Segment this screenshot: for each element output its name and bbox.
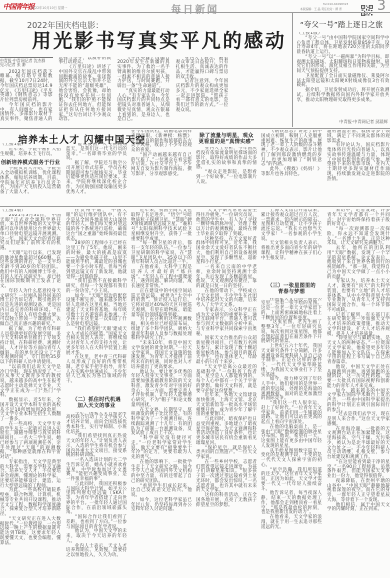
paragraph: 他们相信，属于中国天文学的闪耀时刻，正在到来。 [327, 504, 390, 514]
paragraph: 卫星配置了全日面矢量磁像仪、莱曼阿尔法太阳望远镜和太阳硬X射线成像仪3台有效载荷… [297, 75, 390, 89]
paragraph: 记者了解到，有关部门正在研究制定进一步加强天文学人才培养的政策措施，推动天文学科… [327, 314, 390, 338]
paragraph: 在贵州平塘，“中国天眼”的运行维护团队中，有不少是从全国各地来到大山深处的年轻人… [66, 209, 127, 242]
lead-byline: 中青报·中青网记者 沈杰群 见习记者 张 渺 [0, 57, 53, 69]
paragraph: “真实的力量最能打动人心。”有专家认为，今年国庆档影片的共同特点是把镜头对准普通… [117, 90, 170, 123]
paragraph: 这样的科普活动，正在全国各地开展，点亮了无数孩子仰望星空的梦想。 [196, 494, 257, 508]
column-text: 采访中，记者发现，许多青年天文学者都有一个共同点：对宇宙始终保持着孩子般的好奇心… [327, 209, 390, 575]
paragraph: 《万里归途》讲述了中国外交官在战乱中带领同胞撤离的故事。张译饰演的外交官宗大伟并… [59, 66, 112, 123]
paragraph: 近年来，各地天文馆建设加快推进，上海天文馆、北京天文馆新馆等一批高水平场馆相继开… [196, 394, 257, 418]
paragraph: 在这里，老中青三代科研人员形成了良好的传帮带机制。老专家手把手指导，青年人在实践… [66, 356, 127, 385]
column: 除了流量与明星，观众 更看重的是“真情实感” 业内人士分析，今年国庆档没有依靠流… [196, 130, 257, 205]
sidebar-title: “夸父一号”踏上逐日之旅 [293, 20, 390, 30]
paragraph: “每一次观测都是一次探险，你永远不知道会发现什么。”一名博士生说，正是这种未知，… [327, 228, 390, 247]
subheading: 创新培养模式服务于行业 [0, 160, 61, 166]
paragraph: “我们这一代人很幸运，赶上了好时代。”一位青年天文学家说，前辈们用一生铺就的道路… [261, 402, 322, 426]
paragraph: “仰望星空与脚踏实地，是天文人的两种姿态。”一位资深天文学家说，他希望更多年轻人… [327, 337, 390, 366]
paragraph: “夸父一号”以“一磁两暴”为科学目标，即观测太阳磁场、太阳耀斑和日冕物质抛射，研… [297, 56, 390, 75]
paragraph: 记者注意到，今年国庆档影片的观众构成更加多元，不少家庭选择全家一起走进影院。“带… [176, 80, 229, 113]
paragraph: 国家天文台推出的公众超新星搜寻项目，已有数万名网友参与，累计发现了数十颗超新星候… [196, 337, 257, 366]
column: （上接1版） 2021年3月31日，“中国天眼”正式对全球科学界开放，来自世界各… [0, 209, 61, 575]
column-text: 在贵州平塘，“中国天眼”的运行维护团队中，有不少是从全国各地来到大山深处的年轻人… [66, 209, 127, 394]
paragraph: 此外，《搜救》《妈妈！》等影片也各具特色。 [261, 168, 322, 178]
paragraph: 如今，接力棒交到了年轻人手中。他们使用的是世界一流的望远镜，处理的是海量的观测数… [261, 378, 322, 402]
paragraph: “过去是我们去学习，现在是别人来合作。”这位天文学家感慨。 [327, 413, 390, 427]
lead-body: 中青报·中青网记者 沈杰群 见习记者 张 渺 2022年国庆档落下帷幕。据灯塔专… [0, 57, 287, 128]
paragraph: “我们希望把‘天眼’建成天文人才成长的摇篮。”国家天文台相关负责人表示，将继续加… [66, 328, 127, 357]
newspaper-logo: 中国青年报 [3, 2, 34, 12]
paragraph: “观众走进影院，是想看到一个好故事。”一位电影制片人说。 [196, 171, 257, 185]
column-text: 业内人士分析，今年国庆档没有依靠流量明星撑场面的影片，取得好成绩的作品大多凭借扎… [196, 147, 257, 205]
paragraph: “每一颗卫星的背后，都有一支年轻的队伍。”一位参与卫星研制的科学家说，在“慧眼”… [131, 242, 192, 266]
paragraph: “天文学研究常常需要坐得住冷板凳。”一位研究员说，他带的学生中，有人为了寻找一颗… [196, 209, 257, 238]
paragraph: 正在建设中的中国空间站巡天望远镜，被誉为“太空中的哈勃”。预计投入运行后，它将对… [131, 290, 192, 319]
contact-info: Tel:010-64098323 [323, 2, 348, 6]
paragraph: 数据显示，近5年来，全国开设天文学本科专业的高校从不足10所增加到20余所，天文… [0, 399, 61, 423]
paragraph: 上海天文馆自开馆以来，累计接待观众超过百万人次，一票难求。馆内展示的陨石、星图和… [261, 209, 322, 242]
paragraph: 学院负责人介绍，学院引入全动模拟机训练，优化课程体系，缩短培养周期。目前，学院每… [0, 167, 61, 196]
column: “天文学研究常常需要坐得住冷板凳。”一位研究员说，他带的学生中，有人为了寻找一颗… [196, 209, 257, 575]
paragraph: 在他的电脑桌面上，是一张由“天眼”数据绘制的脉冲星分布图。他说，希望有一天，这张… [261, 426, 322, 450]
column-text: 近年来，学院不断扩大招生规模，培养本土飞行员。 [0, 148, 61, 158]
column-text: 在国家天文台的一间办公室里，挂着一张手绘的星图。这是一位老一辈天文学家留下的，上… [261, 298, 322, 575]
paragraph: “天眼”运行以来，已发现的脉冲星数量超过660颗。在这些发现的背后，是一支平均年… [0, 252, 61, 290]
section-divider [0, 206, 390, 207]
paragraph: “能驾驶国产大飞机翱翔蓝天，是我们这一代飞行员的荣幸。”一名即将毕业的学员说。 [66, 143, 127, 162]
paragraph: 专家认为，培养本土天文人才，既要有“顶天”的大科学装置，也要有“立地”的人才培养… [327, 280, 390, 313]
column-text: 《钢铁意志》讲述了新中国成立初期，鞍钢工人克服重重困难、恢复生产的故事，展现了老… [261, 130, 322, 205]
paragraph: 他说，中国天文学正处在从跟跑到并跑、再到领跑的关键阶段，这一历史性跨越，需要一大… [327, 366, 390, 390]
paragraph: 在一些高校，天文学专业的学生从大一起就可以进入实验室，跟随导师参与真实的科研项目… [0, 423, 61, 461]
paragraph: 在一些乡村学校，志愿者们带着望远镜走进课堂，为孩子们讲解星座知识。“很多孩子第一… [196, 461, 257, 494]
paragraph: 2022年国庆档落下帷幕。据灯塔专业版数据，截至10月7日24时，今年国庆档总票… [0, 71, 53, 104]
editor-info: 本版编辑：王 晶 责任校对：柳 青 [300, 7, 342, 11]
sidebar-body: （上接1版） “夸父一号”由中国科学院国家空间科学中心负责工程总体，卫星发射质量… [297, 32, 390, 118]
paragraph: “在这里能看到最干净的星空。”一名90后工程师说，虽然条件艰苦，但能为国家天文事… [327, 461, 390, 480]
paragraph: 专家指出，天文学是典型的大科学，需要多学科交叉融合。培养天文人才，不仅要培养会观… [0, 461, 61, 490]
lead-headline: 用光影书写真实平凡的感动 [32, 31, 286, 52]
paragraph: 近年来，学院不断扩大招生规模，培养本土飞行员。 [0, 148, 61, 158]
paragraph: “天文学是离公众最近的基础科学。”一位科普工作者说，星空是人人都能看到的，每个人… [196, 366, 257, 395]
paragraph: 这种坚持，在天文爱好者群体中同样可见。近年来，我国业余天文爱好者队伍不断壮大，他… [196, 238, 257, 267]
paragraph: 如今，越来越多的中国天文学家在国际学术舞台上发出声音，一些由中国科学家提出的科学… [327, 390, 390, 414]
column-text: 今年，国家天文台和多所高校联合启动了天文学拔尖人才培养计划，面向全国选拔优秀本科… [66, 412, 127, 575]
paragraph: 与此同时，我国还积极参与国际大科学计划，如平方公里阵列射电望远镜（SKA）等，为… [66, 483, 127, 516]
paragraph: 在青海冷湖，一批新的天文观测台站正在加紧建设。这里海拔高、空气干燥、光污染少，被… [327, 428, 390, 461]
paragraph: 夜幕降临，在贵州平塘的山谷中，“中国天眼”静静地凝视着深邃的夜空。而在它的身旁，… [327, 480, 390, 504]
paragraph: 业内人士表示，天文人才培养周期长、见效慢，需要持之以恒地投入，久久为功。 [66, 545, 127, 559]
paragraph: “星空浩瀚，我们所知道的还太少。”这位青年天文学家说，正因为如此，天文学才需要一… [261, 469, 322, 493]
sidebar-byline: 中青报·中青网记者 邱晨辉 [339, 119, 388, 125]
paragraph: “未来10年，将是中国天文学发展的黄金时期。”一位天文学家说，我国天文设施的快速… [131, 342, 192, 371]
paragraph: 近年来，我国空间天文也取得了长足进步。“悟空”号暗物质粒子探测卫星、“慧眼”硬X… [131, 209, 192, 242]
paragraph: 在国家天文台的一间办公室里，挂着一张手绘的星图。这是一位老一辈天文学家留下的，上… [261, 298, 322, 322]
column-text: 题材涵盖亲情、救援等多个领域，满足了不同观众群体的观影需求。有评论认为，国庆档影… [327, 130, 390, 205]
column-text: 学院负责人介绍，学院引入全动模拟机训练，优化课程体系，缩短培养周期。目前，学院每… [0, 167, 61, 205]
paragraph: 年轻人为什么愿意投身天文研究？一位刚从国外回来的博士后告诉记者，吸引他的不仅是先… [0, 290, 61, 328]
paragraph: 一名入选该计划的大二学生告诉记者，她从小就喜欢看星星，中学时参加过天文奥赛，“能… [66, 459, 127, 483]
paragraph: 天文馆相关负责人表示，将推出更多面向青少年的研学课程，让科学精神在孩子们心中生根… [261, 242, 322, 261]
column: “能驾驶国产大飞机翱翔蓝天，是我们这一代飞行员的荣幸。”一名即将毕业的学员说。据… [66, 143, 127, 205]
paragraph: 一名来自云南的中学老师，业余时间坚持观测十余年，先后发现了多颗超新星。他说，天文… [196, 266, 257, 290]
column-text: 近年来，我国空间天文也取得了长足进步。“悟空”号暗物质粒子探测卫星、“慧眼”硬X… [131, 209, 192, 575]
column-text: 在今年国庆档，动画电影同样表现亮眼。《新神榜：杨戬》凭借精良的制作和浓郁的东方美… [131, 130, 192, 205]
paragraph: 从手绘星图到数字巡天，变化的是观测手段，不变的是一代代天文人探索宇宙的初心。 [261, 450, 322, 469]
paragraph: “国产动画越来越有自己的气质了。”一位观众在看完影片后说。在社交平台上，不少网友… [131, 154, 192, 178]
paragraph: “以前我们总说天文学是冷门学科，现在情况变了。”一位从事天文教育多年的教授说，越… [0, 366, 61, 399]
paragraph: “我们虽然不直接做科学研究，但每一个发现都有我们的一份功劳。”小王说。 [66, 280, 127, 294]
issue-date: 2022年10月10日 星期一 [31, 5, 67, 10]
paragraph: 《平凡英雄》改编自2020年发生在新疆的真实事件。为了救治一名手臂离断的维吾尔族… [117, 57, 170, 90]
paragraph: 在他的带动下，学校成立了天文社团，不少学生在社团中培养起对天文的兴趣，后来考入了… [196, 290, 257, 309]
paragraph: 采访中，记者发现，许多青年天文学者都有一个共同点：对宇宙始终保持着孩子般的好奇心… [327, 209, 390, 228]
column-text: 2021年3月31日，“中国天眼”正式对全球科学界开放，来自世界各地的天文学家都… [0, 214, 61, 575]
paragraph: 他告诉记者，每当夜深人静，结束一天的数据处理工作，他都会走到楼顶看一看星空，“那… [261, 492, 322, 516]
paragraph: 为此，一些高校打破院系壁垒，联合物理、计算机、机械等专业共同开设课程，推动天文与… [0, 489, 61, 518]
column-text: 上海天文馆自开馆以来，累计接待观众超过百万人次，一票难求。馆内展示的陨石、星图和… [261, 209, 322, 280]
paragraph: 在今年国庆档，动画电影同样表现亮眼。《新神榜：杨戬》凭借精良的制作和浓郁的东方美… [131, 130, 192, 154]
paragraph: 28岁的工程师小王已经在这里工作了5年。他说，刚来的时候，最大的挑战是寂寞——为… [66, 242, 127, 280]
paragraph: 他认为，要让更多优秀的年轻人投身天文事业，一方面需要加强基础教育阶段的天文科普，… [131, 371, 192, 409]
subheading: （三）一张星图里的 青春与梦想 [261, 283, 322, 295]
paragraph: “天文研究正在进入大数据时代。”一位教授说，一台望远镜一晚上产生的数据量就可能达… [0, 518, 61, 547]
paragraph: 与此同时，暗夜保护也日益受到重视。多地建立了暗夜星空保护地，为天文观测和科普活动… [196, 418, 257, 447]
sidebar-story-kuafu: “夸父一号”踏上逐日之旅 （上接1版） “夸父一号”由中国科学院国家空间科学中心… [292, 13, 390, 127]
column: 近年来，我国空间天文也取得了长足进步。“悟空”号暗物质粒子探测卫星、“慧眼”硬X… [131, 209, 192, 575]
column: 在贵州平塘，“中国天眼”的运行维护团队中，有不少是从全国各地来到大山深处的年轻人… [66, 209, 127, 575]
column: 《钢铁意志》讲述了新中国成立初期，鞍钢工人克服重重困难、恢复生产的故事，展现了老… [261, 130, 322, 205]
column: 题材涵盖亲情、救援等多个领域，满足了不同观众群体的观影需求。有评论认为，国庆档影… [327, 130, 390, 205]
paragraph: 在他看来，天文学家的浪漫，就在于用一生去追寻那些遥远的光。 [261, 516, 322, 530]
column: 上海天文馆自开馆以来，累计接待观众超过百万人次，一票难求。馆内展示的陨石、星图和… [261, 209, 322, 575]
column-text: “天文学研究常常需要坐得住冷板凳。”一位研究员说，他带的学生中，有人为了寻找一颗… [196, 209, 257, 575]
lead-kicker: 2022年国庆档电影： [27, 20, 103, 31]
subheading: （二）抓住时代机遇 加入天文的事业 [66, 397, 127, 409]
paragraph: 有评论认为，国庆档影片集体将目光投向普通人，以真实故事传递温暖与力量，体现了中国… [327, 144, 390, 182]
paragraph: “科学研究没有捷径可走。”一位老科学家常对学生说，做天文要有“板凳要坐十年冷”的… [131, 437, 192, 461]
paragraph: 在他的影响下，一批批学生走上了天文研究之路，如今不少人已成为国内外天文机构的中坚… [131, 461, 192, 485]
paragraph: 去年，他所在的团队利用“天眼”数据，发现了一个罕见的双星系统。论文发表后，他收到… [327, 247, 390, 280]
paragraph: “夸父一号”由中国科学院国家空间科学中心负责工程总体，卫星发射质量859千克，设… [297, 37, 390, 56]
section-divider [0, 128, 390, 129]
section-title: 每日新闻 [171, 1, 219, 16]
paragraph: 今年，国家天文台和多所高校联合启动了天文学拔尖人才培养计划，面向全国选拔优秀本科… [66, 412, 127, 436]
paragraph: 如今，这位老科学家虽已年过八旬，仍坚持每周到办公室和年轻人讨论问题。 [131, 499, 192, 513]
subheading: 除了流量与明星，观众 更看重的是“真情实感” [196, 133, 257, 145]
paragraph: 他认为，中国天文学的未来，取决于今天培养的年轻人。 [66, 530, 127, 544]
paragraph: 业内人士分析，今年国庆档没有依靠流量明星撑场面的影片，取得好成绩的作品大多凭借扎… [196, 147, 257, 171]
paragraph: 在他看来，大科学工程是培养人才最好的“练兵场”。“年轻人在工程中摸爬滚打，遇到问… [131, 266, 192, 290]
paragraph: 据介绍，卫星发射成功后，将开展在轨测试，后续科学数据将向国内外科学家开放共享，推… [297, 89, 390, 103]
column: （上接1版） 近年来，学院不断扩大招生规模，培养本土飞行员。 创新培养模式服务于… [0, 143, 61, 205]
paragraph: “看到学生们成长起来，比自己发表论文还高兴。”他说。 [131, 485, 192, 499]
column-text: “能驾驶国产大飞机翱翔蓝天，是我们这一代飞行员的荣幸。”一名即将毕业的学员说。据… [66, 143, 127, 205]
paragraph: 2021年3月31日，“中国天眼”正式对全球科学界开放，来自世界各地的天文学家都… [0, 214, 61, 252]
paragraph: 据了解，为了给青年科研人员提供更好的发展空间，多个天文科研单位推出了专项支持计划… [0, 328, 61, 366]
qr-code-icon [361, 1, 373, 12]
column: 采访中，记者发现，许多青年天文学者都有一个共同点：对宇宙始终保持着孩子般的好奇心… [327, 209, 390, 575]
paragraph: 专家表示，公众科学正在成为天文研究的重要补充。通过互联网平台，普通人也可以参与到… [196, 309, 257, 338]
paragraph: 如今，“天眼”周边的配套设施不断完善，越来越多的年轻人选择在这里扎根。当地还建起… [66, 295, 127, 328]
paragraph: “保护星空，就是保护人类共同的自然遗产。”一位天文学家说。 [196, 447, 257, 461]
paragraph: 据了解，学院还与航空公司开展订单式培养，学员在校期间即可参与航线实习，毕业后能够… [66, 162, 127, 195]
paragraph: “这张星图，老先生画了整整3年。”一位年轻研究员说，每次看到这张星图，他都会想起… [261, 321, 322, 345]
paragraph: 在天文界，长期坚守、厚积薄发的例子比比皆是。有的科学家为了一个观测目标，连续跟踪… [131, 409, 192, 438]
paragraph: 业内人士表示，随着观众审美日益提升，只有扎根生活、真诚表达的作品，才能赢得口碑与… [176, 57, 229, 81]
paragraph: 为了充分利用这些观测数据，相关单位已经提前布局，组建了多个科学团队，吸纳大量青年… [131, 318, 192, 342]
paragraph: “我们希望找到真正热爱天文的年轻人。”计划负责人表示，入选的学生将有机会参与国内… [66, 435, 127, 459]
paragraph: 上世纪五六十年代，我国天文研究条件十分简陋，许多观测设备需要科研人员自己动手制作… [261, 345, 322, 378]
paragraph: 《钢铁意志》讲述了新中国成立初期，鞍钢工人克服重重困难、恢复生产的故事，展现了老… [261, 130, 322, 168]
column: 在今年国庆档，动画电影同样表现亮眼。《新神榜：杨戬》凭借精良的制作和浓郁的东方美… [131, 130, 192, 205]
